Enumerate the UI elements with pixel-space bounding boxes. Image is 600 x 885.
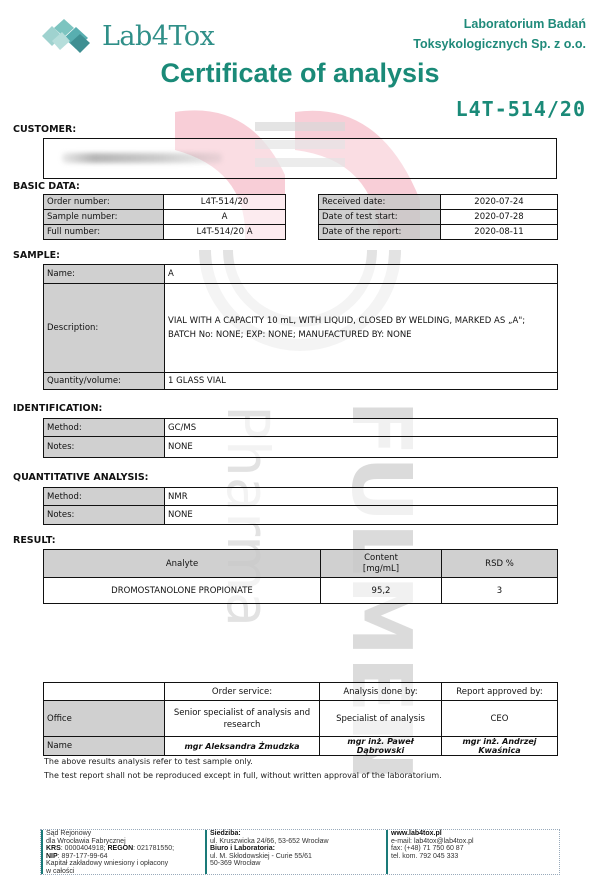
table-row: Name: A <box>44 265 558 284</box>
identification-table: Method: GC/MS Notes: NONE <box>43 418 558 458</box>
content-header-line2: [mg/mL] <box>324 564 438 575</box>
krs-label: KRS <box>46 845 61 852</box>
approver-office: CEO <box>442 701 558 737</box>
test-start-date-label: Date of test start: <box>319 210 441 225</box>
basic-data-left-table: Order number: L4T-514/20 Sample number: … <box>43 194 286 240</box>
footer-contact: www.lab4tox.pl e-mail: lab4tox@lab4tox.p… <box>386 830 556 874</box>
table-row: Method: GC/MS <box>44 419 558 437</box>
sample-table: Name: A Description: VIAL WITH A CAPACIT… <box>43 264 558 390</box>
quantitative-method-value: NMR <box>165 488 558 506</box>
email-link[interactable]: e-mail: lab4tox@lab4tox.pl <box>391 838 556 846</box>
basic-data-label: BASIC DATA: <box>13 181 80 192</box>
fax-number: fax: (+48) 71 750 60 87 <box>391 845 556 853</box>
hq-label: Siedziba: <box>210 830 241 837</box>
content-header-line1: Content <box>324 553 438 564</box>
signatures-header-row: Order service: Analysis done by: Report … <box>44 683 558 701</box>
table-row: Received date: 2020-07-24 <box>319 195 558 210</box>
sample-description-label: Description: <box>44 284 165 373</box>
sample-number-label: Sample number: <box>44 210 164 225</box>
certificate-page: Lab4Tox Laboratorium Badań Toksykologicz… <box>0 0 600 885</box>
order-number-label: Order number: <box>44 195 164 210</box>
rsd-value: 3 <box>442 578 558 604</box>
order-service-name: mgr Aleksandra Żmudzka <box>165 737 320 756</box>
customer-box <box>43 138 557 179</box>
office-address-1: ul. M. Skłodowskiej - Curie 55/61 <box>210 853 380 861</box>
sample-name-value: A <box>165 265 558 284</box>
full-number-label: Full number: <box>44 225 164 240</box>
identification-label: IDENTIFICATION: <box>13 403 102 414</box>
table-row: Full number: L4T-514/20 A <box>44 225 286 240</box>
table-row: Notes: NONE <box>44 437 558 458</box>
company-line-2: Toksykologicznych Sp. z o.o. <box>413 34 586 54</box>
certificate-number: L4T-514/20 <box>456 97 586 121</box>
received-date-value: 2020-07-24 <box>441 195 558 210</box>
name-label: Name <box>44 737 165 756</box>
note-reproduction: The test report shall not be reproduced … <box>44 771 442 780</box>
footer-registry: Sąd Rejonowy dla Wrocławia Fabrycznej KR… <box>41 830 201 874</box>
analysis-name: mgr inż. Paweł Dąbrowski <box>320 737 442 756</box>
result-header-row: Analyte Content [mg/mL] RSD % <box>44 550 558 578</box>
table-row: Method: NMR <box>44 488 558 506</box>
page-title: Certificate of analysis <box>0 58 600 89</box>
rsd-header: RSD % <box>442 550 558 578</box>
approver-name: mgr inż. Andrzej Kwaśnica <box>442 737 558 756</box>
footer-court-city: dla Wrocławia Fabrycznej <box>46 838 201 846</box>
analyte-header: Analyte <box>44 550 321 578</box>
hq-address: ul. Kruszwicka 24/66, 53-652 Wrocław <box>210 838 380 846</box>
received-date-label: Received date: <box>319 195 441 210</box>
content-header: Content [mg/mL] <box>321 550 442 578</box>
sample-label: SAMPLE: <box>13 250 60 261</box>
office-address-label: Biuro i Laboratoria: <box>210 845 275 852</box>
footer-court: Sąd Rejonowy <box>46 830 201 838</box>
company-name: Laboratorium Badań Toksykologicznych Sp.… <box>413 14 586 54</box>
table-row: Office Senior specialist of analysis and… <box>44 701 558 737</box>
result-table: Analyte Content [mg/mL] RSD % DROMOSTANO… <box>43 549 558 604</box>
signatures-corner-cell <box>44 683 165 701</box>
sample-name-label: Name: <box>44 265 165 284</box>
nip-label: NIP <box>46 853 58 860</box>
website-link[interactable]: www.lab4tox.pl <box>391 830 442 837</box>
full-number-value: L4T-514/20 A <box>164 225 286 240</box>
analyte-value: DROMOSTANOLONE PROPIONATE <box>44 578 321 604</box>
table-row: Order number: L4T-514/20 <box>44 195 286 210</box>
basic-data-right-table: Received date: 2020-07-24 Date of test s… <box>318 194 558 240</box>
footer-capital: Kapitał zakładowy wniesiony i opłacony <box>46 860 201 868</box>
report-approved-header: Report approved by: <box>442 683 558 701</box>
identification-notes-label: Notes: <box>44 437 165 458</box>
analysis-done-header: Analysis done by: <box>320 683 442 701</box>
lab4tox-logo: Lab4Tox <box>40 18 214 54</box>
regon-label: REGON <box>108 845 134 852</box>
test-start-date-value: 2020-07-28 <box>441 210 558 225</box>
nip-value: : 897-177-99-64 <box>58 853 108 860</box>
logo-text: Lab4Tox <box>102 21 214 52</box>
company-line-1: Laboratorium Badań <box>413 14 586 34</box>
customer-label: CUSTOMER: <box>13 124 76 135</box>
content-value: 95,2 <box>321 578 442 604</box>
sample-quantity-label: Quantity/volume: <box>44 373 165 390</box>
identification-notes-value: NONE <box>165 437 558 458</box>
logo-diamond-icon <box>40 19 98 53</box>
order-service-office: Senior specialist of analysis and resear… <box>165 701 320 737</box>
phone-number: tel. kom. 792 045 333 <box>391 853 556 861</box>
quantitative-label: QUANTITATIVE ANALYSIS: <box>13 472 148 483</box>
krs-value: : 0000404918; <box>61 845 108 852</box>
table-row: Notes: NONE <box>44 506 558 525</box>
report-date-label: Date of the report: <box>319 225 441 240</box>
regon-value: : 021781550; <box>133 845 174 852</box>
note-sample-only: The above results analysis refer to test… <box>44 757 253 766</box>
signatures-table: Order service: Analysis done by: Report … <box>43 682 558 756</box>
table-row: Date of test start: 2020-07-28 <box>319 210 558 225</box>
office-label: Office <box>44 701 165 737</box>
identification-method-value: GC/MS <box>165 419 558 437</box>
table-row: Description: VIAL WITH A CAPACITY 10 mL,… <box>44 284 558 373</box>
identification-method-label: Method: <box>44 419 165 437</box>
customer-redacted <box>62 153 222 163</box>
table-row: Date of the report: 2020-08-11 <box>319 225 558 240</box>
table-row: Sample number: A <box>44 210 286 225</box>
report-date-value: 2020-08-11 <box>441 225 558 240</box>
sample-number-value: A <box>164 210 286 225</box>
footer-address: Siedziba: ul. Kruszwicka 24/66, 53-652 W… <box>205 830 380 874</box>
footer: Sąd Rejonowy dla Wrocławia Fabrycznej KR… <box>40 829 560 875</box>
footer-krs-regon: KRS: 0000404918; REGON: 021781550; <box>46 845 201 853</box>
order-service-header: Order service: <box>165 683 320 701</box>
quantitative-table: Method: NMR Notes: NONE <box>43 487 558 525</box>
table-row: Quantity/volume: 1 GLASS VIAL <box>44 373 558 390</box>
footer-nip: NIP: 897-177-99-64 <box>46 853 201 861</box>
footer-capital-2: w całości <box>46 868 201 876</box>
sample-quantity-value: 1 GLASS VIAL <box>165 373 558 390</box>
quantitative-notes-label: Notes: <box>44 506 165 525</box>
result-label: RESULT: <box>13 535 56 546</box>
sample-description-value: VIAL WITH A CAPACITY 10 mL, WITH LIQUID,… <box>165 284 558 373</box>
table-row: Name mgr Aleksandra Żmudzka mgr inż. Paw… <box>44 737 558 756</box>
quantitative-method-label: Method: <box>44 488 165 506</box>
table-row: DROMOSTANOLONE PROPIONATE 95,2 3 <box>44 578 558 604</box>
analysis-office: Specialist of analysis <box>320 701 442 737</box>
order-number-value: L4T-514/20 <box>164 195 286 210</box>
office-address-2: 50-369 Wrocław <box>210 860 380 868</box>
quantitative-notes-value: NONE <box>165 506 558 525</box>
